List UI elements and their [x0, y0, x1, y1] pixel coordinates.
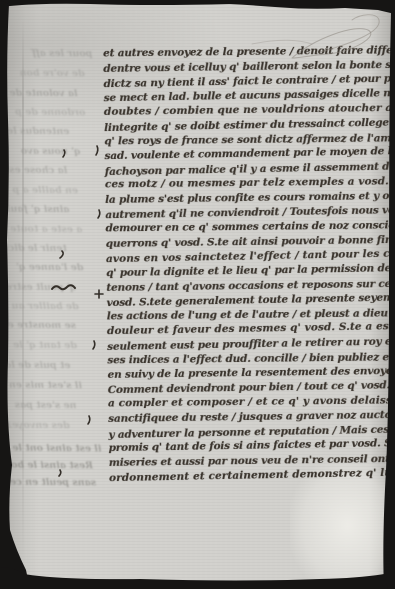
bleedthrough-line: il est ainsi ont le [12, 443, 101, 455]
bleedthrough-line: de bailler au [12, 301, 79, 313]
bleedthrough-line: ne s'est pas [15, 400, 77, 412]
bleedthrough-line: q' nous avo [21, 146, 81, 158]
bleedthrough-line: de vo're bon [20, 68, 85, 80]
bleedthrough-line: Rest ainsi le bon [4, 460, 93, 472]
verso-bleedthrough-text: pour les affde vo're bonla volonte deord… [0, 0, 106, 510]
bleedthrough-line: tenir le dict [4, 243, 67, 255]
manuscript-text-block: et autres envoyez de la presente / denoi… [100, 0, 395, 505]
bleedthrough-line: la chose est [5, 165, 68, 177]
bleedthrough-line: sans peult en ce [10, 477, 96, 489]
bleedthrough-line: entendus le [7, 126, 69, 138]
bleedthrough-line: a este a toute [10, 224, 82, 236]
bleedthrough-line: de tant q' le [13, 340, 77, 352]
bleedthrough-line: il s'est mis en [9, 380, 82, 392]
bleedthrough-line: se monstre et [3, 320, 76, 332]
bleedthrough-line: et puis de la [5, 360, 70, 372]
bleedthrough-line: ordonne de p [15, 107, 85, 119]
bleedthrough-line: pour les aff [32, 48, 93, 60]
bleedthrough-line: en baille a p [13, 185, 78, 197]
bleedthrough-line: la volonte de [9, 88, 77, 100]
bleedthrough-line: ainsi q' fault [2, 204, 69, 216]
scanned-manuscript-page: pour les affde vo're bonla volonte deord… [0, 0, 395, 589]
bleedthrough-line: des envoyez [6, 420, 69, 432]
bleedthrough-line: q' peult estre [6, 282, 77, 294]
bleedthrough-line: de l'annee q' [16, 262, 84, 274]
